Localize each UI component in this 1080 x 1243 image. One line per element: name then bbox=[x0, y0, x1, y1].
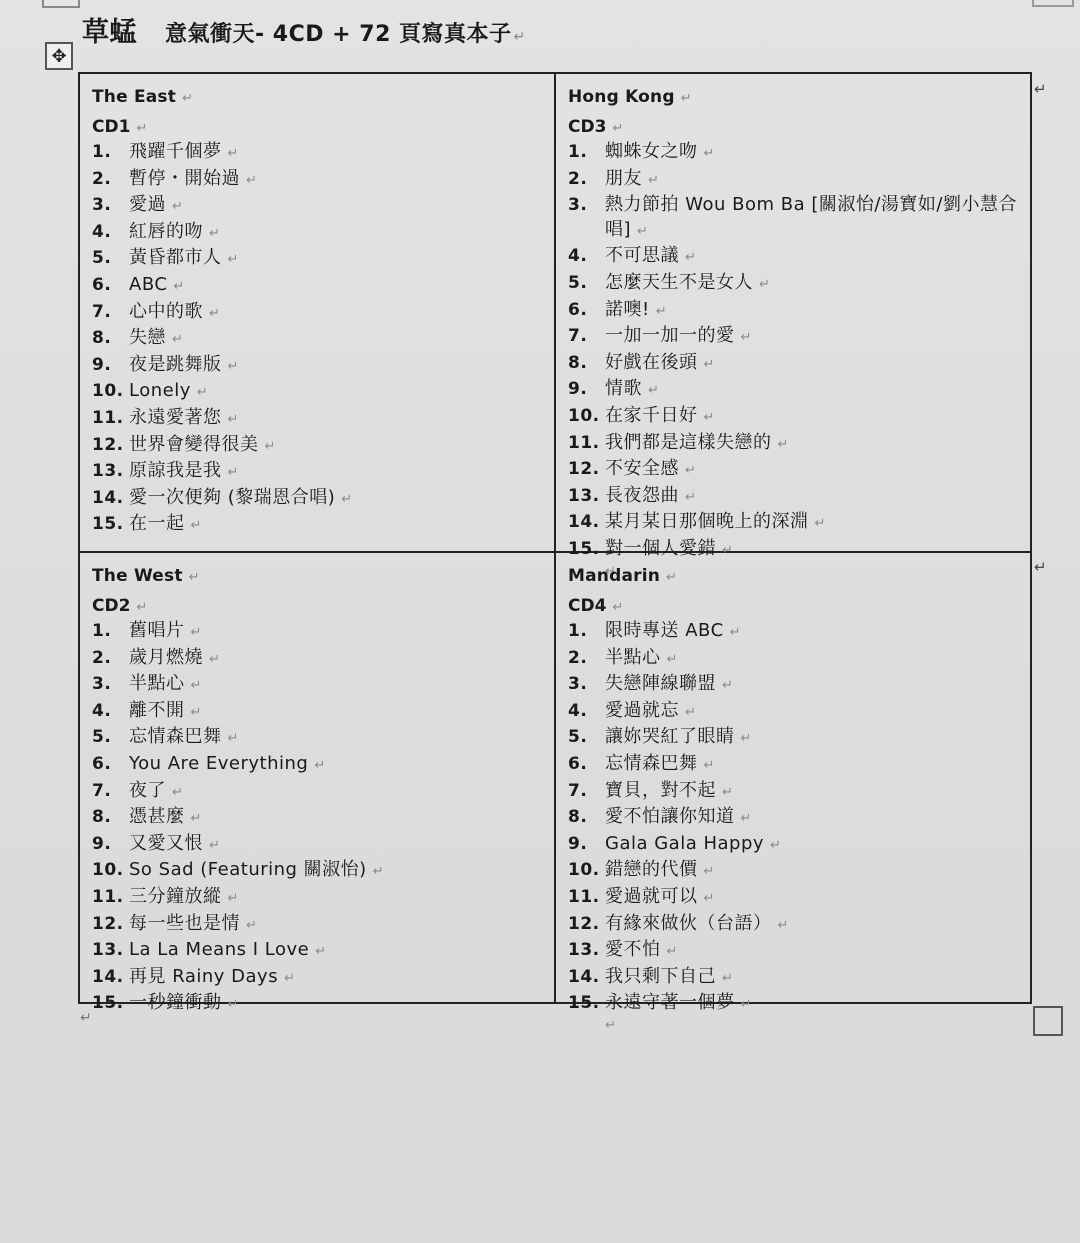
track-item: 4.紅唇的吻↵ bbox=[92, 220, 554, 247]
track-item: 7.心中的歌↵ bbox=[92, 300, 554, 327]
track-item: 15.永遠守著一個夢↵ bbox=[568, 991, 1032, 1018]
track-item: 4.愛過就忘↵ bbox=[568, 699, 1032, 726]
track-item: 8.失戀↵ bbox=[92, 326, 554, 353]
cd-label: CD2↵ bbox=[92, 593, 554, 619]
track-item: 13.原諒我是我↵ bbox=[92, 459, 554, 486]
track-item: 5.忘情森巴舞↵ bbox=[92, 725, 554, 752]
track-item: 3.愛過↵ bbox=[92, 193, 554, 220]
track-list: 1.蜘蛛女之吻↵ 2.朋友↵ 3.熱力節拍 Wou Bom Ba [關淑怡/湯寶… bbox=[568, 140, 1032, 564]
track-item: 10.錯戀的代價↵ bbox=[568, 858, 1032, 885]
track-item: 5.黃昏都市人↵ bbox=[92, 246, 554, 273]
track-item: 14.我只剩下自己↵ bbox=[568, 965, 1032, 992]
track-item: 15.在一起↵ bbox=[92, 512, 554, 539]
track-item: 4.離不開↵ bbox=[92, 699, 554, 726]
table-cell-the-east[interactable]: The East↵ CD1↵ 1.飛躍千個夢↵ 2.暫停・開始過↵ 3.愛過↵ … bbox=[80, 74, 556, 553]
paragraph-mark-icon: ↵ bbox=[514, 29, 526, 45]
paragraph-mark-icon: ↵ bbox=[612, 600, 623, 615]
table-resize-handle[interactable] bbox=[1033, 1006, 1063, 1036]
track-item: 10.So Sad (Featuring 關淑怡)↵ bbox=[92, 858, 554, 885]
paragraph-mark-icon: ↵ bbox=[612, 121, 623, 136]
track-item: 12.世界會變得很美↵ bbox=[92, 433, 554, 460]
track-item: 10.在家千日好↵ bbox=[568, 404, 1032, 431]
cd-label: CD3↵ bbox=[568, 114, 1032, 140]
paragraph-mark-icon: ↵ bbox=[80, 1010, 92, 1026]
title-artist: 草蜢 bbox=[82, 17, 137, 48]
track-item: 2.朋友↵ bbox=[568, 167, 1032, 194]
track-item: 6.You Are Everything↵ bbox=[92, 752, 554, 779]
track-item: 11.我們都是這樣失戀的↵ bbox=[568, 431, 1032, 458]
track-item: 11.三分鐘放縱↵ bbox=[92, 885, 554, 912]
track-item: 13.長夜怨曲↵ bbox=[568, 484, 1032, 511]
paragraph-mark-icon: ↵ bbox=[136, 121, 147, 136]
region-heading: The East↵ bbox=[92, 84, 554, 110]
row-end-marker-icon: ↵ bbox=[1034, 558, 1047, 576]
track-item: 6.ABC↵ bbox=[92, 273, 554, 300]
track-item: 6.諾噢!↵ bbox=[568, 298, 1032, 325]
track-item: 15.一秒鐘衝動↵ bbox=[92, 991, 554, 1018]
track-item: 13.La La Means I Love↵ bbox=[92, 938, 554, 965]
track-list: 1.飛躍千個夢↵ 2.暫停・開始過↵ 3.愛過↵ 4.紅唇的吻↵ 5.黃昏都市人… bbox=[92, 140, 554, 539]
track-item: 12.每一些也是情↵ bbox=[92, 912, 554, 939]
track-item: 13.愛不怕↵ bbox=[568, 938, 1032, 965]
track-item: 8.好戲在後頭↵ bbox=[568, 351, 1032, 378]
track-item: 11.愛過就可以↵ bbox=[568, 885, 1032, 912]
track-item: 3.半點心↵ bbox=[92, 672, 554, 699]
track-item: 6.忘情森巴舞↵ bbox=[568, 752, 1032, 779]
paragraph-mark-icon: ↵ bbox=[189, 570, 200, 585]
track-item: 2.半點心↵ bbox=[568, 646, 1032, 673]
document-page: 草蜢意氣衝天- 4CD + 72 頁寫真本子↵ ✥ The East↵ CD1↵… bbox=[0, 0, 1080, 1243]
track-item: 9.情歌↵ bbox=[568, 377, 1032, 404]
track-list: 1.限時專送 ABC↵ 2.半點心↵ 3.失戀陣線聯盟↵ 4.愛過就忘↵ 5.讓… bbox=[568, 619, 1032, 1018]
track-item: 14.某月某日那個晚上的深淵↵ bbox=[568, 510, 1032, 537]
table-cell-hong-kong[interactable]: Hong Kong↵ CD3↵ 1.蜘蛛女之吻↵ 2.朋友↵ 3.熱力節拍 Wo… bbox=[556, 74, 1032, 553]
track-item: 2.暫停・開始過↵ bbox=[92, 167, 554, 194]
track-item: 5.讓妳哭紅了眼睛↵ bbox=[568, 725, 1032, 752]
page-edge-marker bbox=[1032, 0, 1074, 7]
track-item: 1.舊唱片↵ bbox=[92, 619, 554, 646]
cd-label: CD4↵ bbox=[568, 593, 1032, 619]
paragraph-mark-icon: ↵ bbox=[182, 91, 193, 106]
track-item: 9.夜是跳舞版↵ bbox=[92, 353, 554, 380]
region-heading: The West↵ bbox=[92, 563, 554, 589]
table-cell-the-west[interactable]: The West↵ CD2↵ 1.舊唱片↵ 2.歲月燃燒↵ 3.半點心↵ 4.離… bbox=[80, 553, 556, 1002]
paragraph-mark-icon: ↵ bbox=[681, 91, 692, 106]
track-item: 7.夜了↵ bbox=[92, 779, 554, 806]
paragraph-mark-icon: ↵ bbox=[666, 570, 677, 585]
track-item: 5.怎麼天生不是女人↵ bbox=[568, 271, 1032, 298]
track-item: 8.愛不怕讓你知道↵ bbox=[568, 805, 1032, 832]
table-cell-mandarin[interactable]: Mandarin↵ CD4↵ 1.限時專送 ABC↵ 2.半點心↵ 3.失戀陣線… bbox=[556, 553, 1032, 1002]
paragraph-mark-icon: ↵ bbox=[136, 600, 147, 615]
table-move-handle-icon[interactable]: ✥ bbox=[45, 42, 73, 70]
track-item: 4.不可思議↵ bbox=[568, 244, 1032, 271]
track-item: 12.有緣來做伙（台語）↵ bbox=[568, 912, 1032, 939]
tracklist-table: The East↵ CD1↵ 1.飛躍千個夢↵ 2.暫停・開始過↵ 3.愛過↵ … bbox=[78, 72, 1032, 1004]
track-item: 7.寶貝，對不起↵ bbox=[568, 779, 1032, 806]
track-item: 7.一加一加一的愛↵ bbox=[568, 324, 1032, 351]
track-item: 3.失戀陣線聯盟↵ bbox=[568, 672, 1032, 699]
row-end-marker-icon: ↵ bbox=[1034, 80, 1047, 98]
track-item: 2.歲月燃燒↵ bbox=[92, 646, 554, 673]
track-item: 12.不安全感↵ bbox=[568, 457, 1032, 484]
cd-label: CD1↵ bbox=[92, 114, 554, 140]
document-title[interactable]: 草蜢意氣衝天- 4CD + 72 頁寫真本子↵ bbox=[82, 10, 526, 49]
track-item: 10.Lonely↵ bbox=[92, 379, 554, 406]
track-item: 9.Gala Gala Happy↵ bbox=[568, 832, 1032, 859]
region-heading: Mandarin↵ bbox=[568, 563, 1032, 589]
page-edge-marker bbox=[42, 0, 80, 8]
track-item: 1.限時專送 ABC↵ bbox=[568, 619, 1032, 646]
track-list: 1.舊唱片↵ 2.歲月燃燒↵ 3.半點心↵ 4.離不開↵ 5.忘情森巴舞↵ 6.… bbox=[92, 619, 554, 1018]
region-heading: Hong Kong↵ bbox=[568, 84, 1032, 110]
track-item: 3.熱力節拍 Wou Bom Ba [關淑怡/湯寶如/劉小慧合唱]↵ bbox=[568, 193, 1032, 244]
track-item: 9.又愛又恨↵ bbox=[92, 832, 554, 859]
track-item: 14.愛一次便夠 (黎瑞恩合唱)↵ bbox=[92, 486, 554, 513]
track-item: 8.憑甚麼↵ bbox=[92, 805, 554, 832]
title-text: 意氣衝天- 4CD + 72 頁寫真本子 bbox=[165, 22, 512, 47]
track-item: 14.再見 Rainy Days↵ bbox=[92, 965, 554, 992]
track-item: 1.飛躍千個夢↵ bbox=[92, 140, 554, 167]
track-item: 11.永遠愛著您↵ bbox=[92, 406, 554, 433]
paragraph-mark-icon: ↵ bbox=[605, 1018, 1032, 1034]
track-item: 1.蜘蛛女之吻↵ bbox=[568, 140, 1032, 167]
